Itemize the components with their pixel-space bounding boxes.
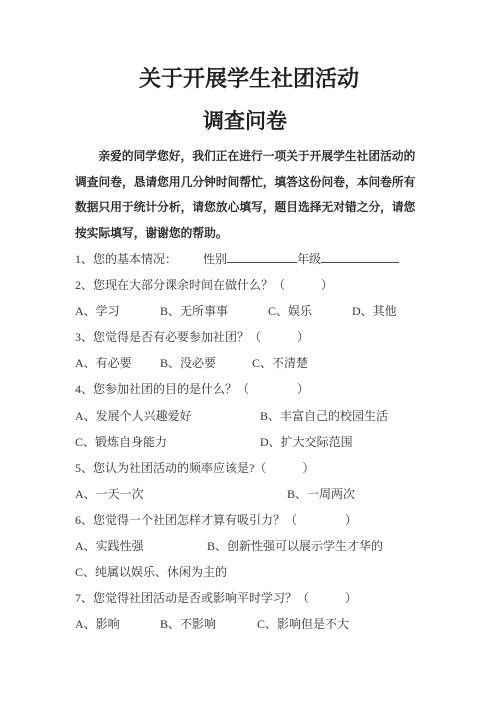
questions-section: 1、您的基本情况：性别年级 2、您现在大部分课余时间在做什么？（ ） A、学习 …: [75, 246, 415, 637]
question-2-option-c: C、娱乐: [268, 298, 312, 324]
question-2-option-d: D、其他: [352, 298, 397, 324]
question-6-text: 6、您觉得一个社团怎样才算有吸引力？（ ）: [75, 507, 415, 533]
question-3-option-b: B、没必要: [160, 350, 216, 376]
page-title: 关于开展学生社团活动: [83, 66, 415, 92]
question-3-option-a: A、有必要: [75, 350, 132, 376]
intro-line-3: 数据只用于统计分析，请您放心填写，题目选择无对错之分，请您: [75, 195, 415, 221]
question-5-options: A、一天一次 B、一周两次: [75, 481, 415, 507]
question-4-option-c: C、锻炼自身能力: [75, 429, 167, 455]
question-2-text: 2、您现在大部分课余时间在做什么？（ ）: [75, 272, 415, 298]
question-6-option-c-row: C、纯属以娱乐、休闲为主的: [75, 559, 415, 585]
question-6-option-c: C、纯属以娱乐、休闲为主的: [75, 559, 227, 585]
question-7-option-c: C、影响但是不大: [257, 611, 349, 637]
question-6-option-a: A、实践性强: [75, 533, 144, 559]
question-4-options-ab: A、发展个人兴趣爱好 B、丰富自己的校园生活: [75, 403, 415, 429]
question-2-option-a: A、学习: [75, 298, 120, 324]
question-6-option-b: B、创新性强可以展示学生才华的: [207, 533, 383, 559]
gender-blank-line: [227, 248, 297, 263]
intro-paragraph: 亲爱的同学您好，我们正在进行一项关于开展学生社团活动的 调查问卷，恳请您用几分钟…: [75, 144, 415, 246]
question-1-label: 1、您的基本情况：: [75, 252, 177, 266]
intro-line-1: 亲爱的同学您好，我们正在进行一项关于开展学生社团活动的: [75, 144, 415, 170]
question-5-option-b: B、一周两次: [287, 481, 355, 507]
question-3-option-c: C、不清楚: [252, 350, 308, 376]
question-7-option-b: B、不影响: [160, 611, 216, 637]
question-7-options: A、影响 B、不影响 C、影响但是不大: [75, 611, 415, 637]
page-subtitle: 调查问卷: [75, 108, 415, 134]
question-5-text: 5、您认为社团活动的频率应该是?（ ）: [75, 455, 415, 481]
question-3-text: 3、您觉得是否有必要参加社团？（ ）: [75, 324, 415, 350]
gender-label: 性别: [203, 252, 227, 266]
questionnaire-page: 关于开展学生社团活动 调查问卷 亲爱的同学您好，我们正在进行一项关于开展学生社团…: [0, 0, 500, 708]
question-4-option-a: A、发展个人兴趣爱好: [75, 403, 192, 429]
question-4-option-b: B、丰富自己的校园生活: [260, 403, 388, 429]
question-7-text: 7、您觉得社团活动是否或影响平时学习？（ ）: [75, 585, 415, 611]
question-6-options-ab: A、实践性强 B、创新性强可以展示学生才华的: [75, 533, 415, 559]
question-4-text: 4、您参加社团的目的是什么？（ ）: [75, 376, 415, 402]
question-4-option-d: D、扩大交际范围: [260, 429, 353, 455]
question-1-row: 1、您的基本情况：性别年级: [75, 246, 415, 272]
question-5-option-a: A、一天一次: [75, 481, 144, 507]
question-4-options-cd: C、锻炼自身能力 D、扩大交际范围: [75, 429, 415, 455]
grade-label: 年级: [297, 252, 321, 266]
question-3-options: A、有必要 B、没必要 C、不清楚: [75, 350, 415, 376]
intro-line-4: 按实际填写，谢谢您的帮助。: [75, 221, 415, 247]
question-2-options: A、学习 B、无所事事 C、娱乐 D、其他: [75, 298, 415, 324]
question-7-option-a: A、影响: [75, 611, 120, 637]
intro-line-2: 调查问卷，恳请您用几分钟时间帮忙，填答这份问卷，本问卷所有: [75, 170, 415, 196]
question-2-option-b: B、无所事事: [160, 298, 228, 324]
grade-blank-line: [321, 248, 399, 263]
